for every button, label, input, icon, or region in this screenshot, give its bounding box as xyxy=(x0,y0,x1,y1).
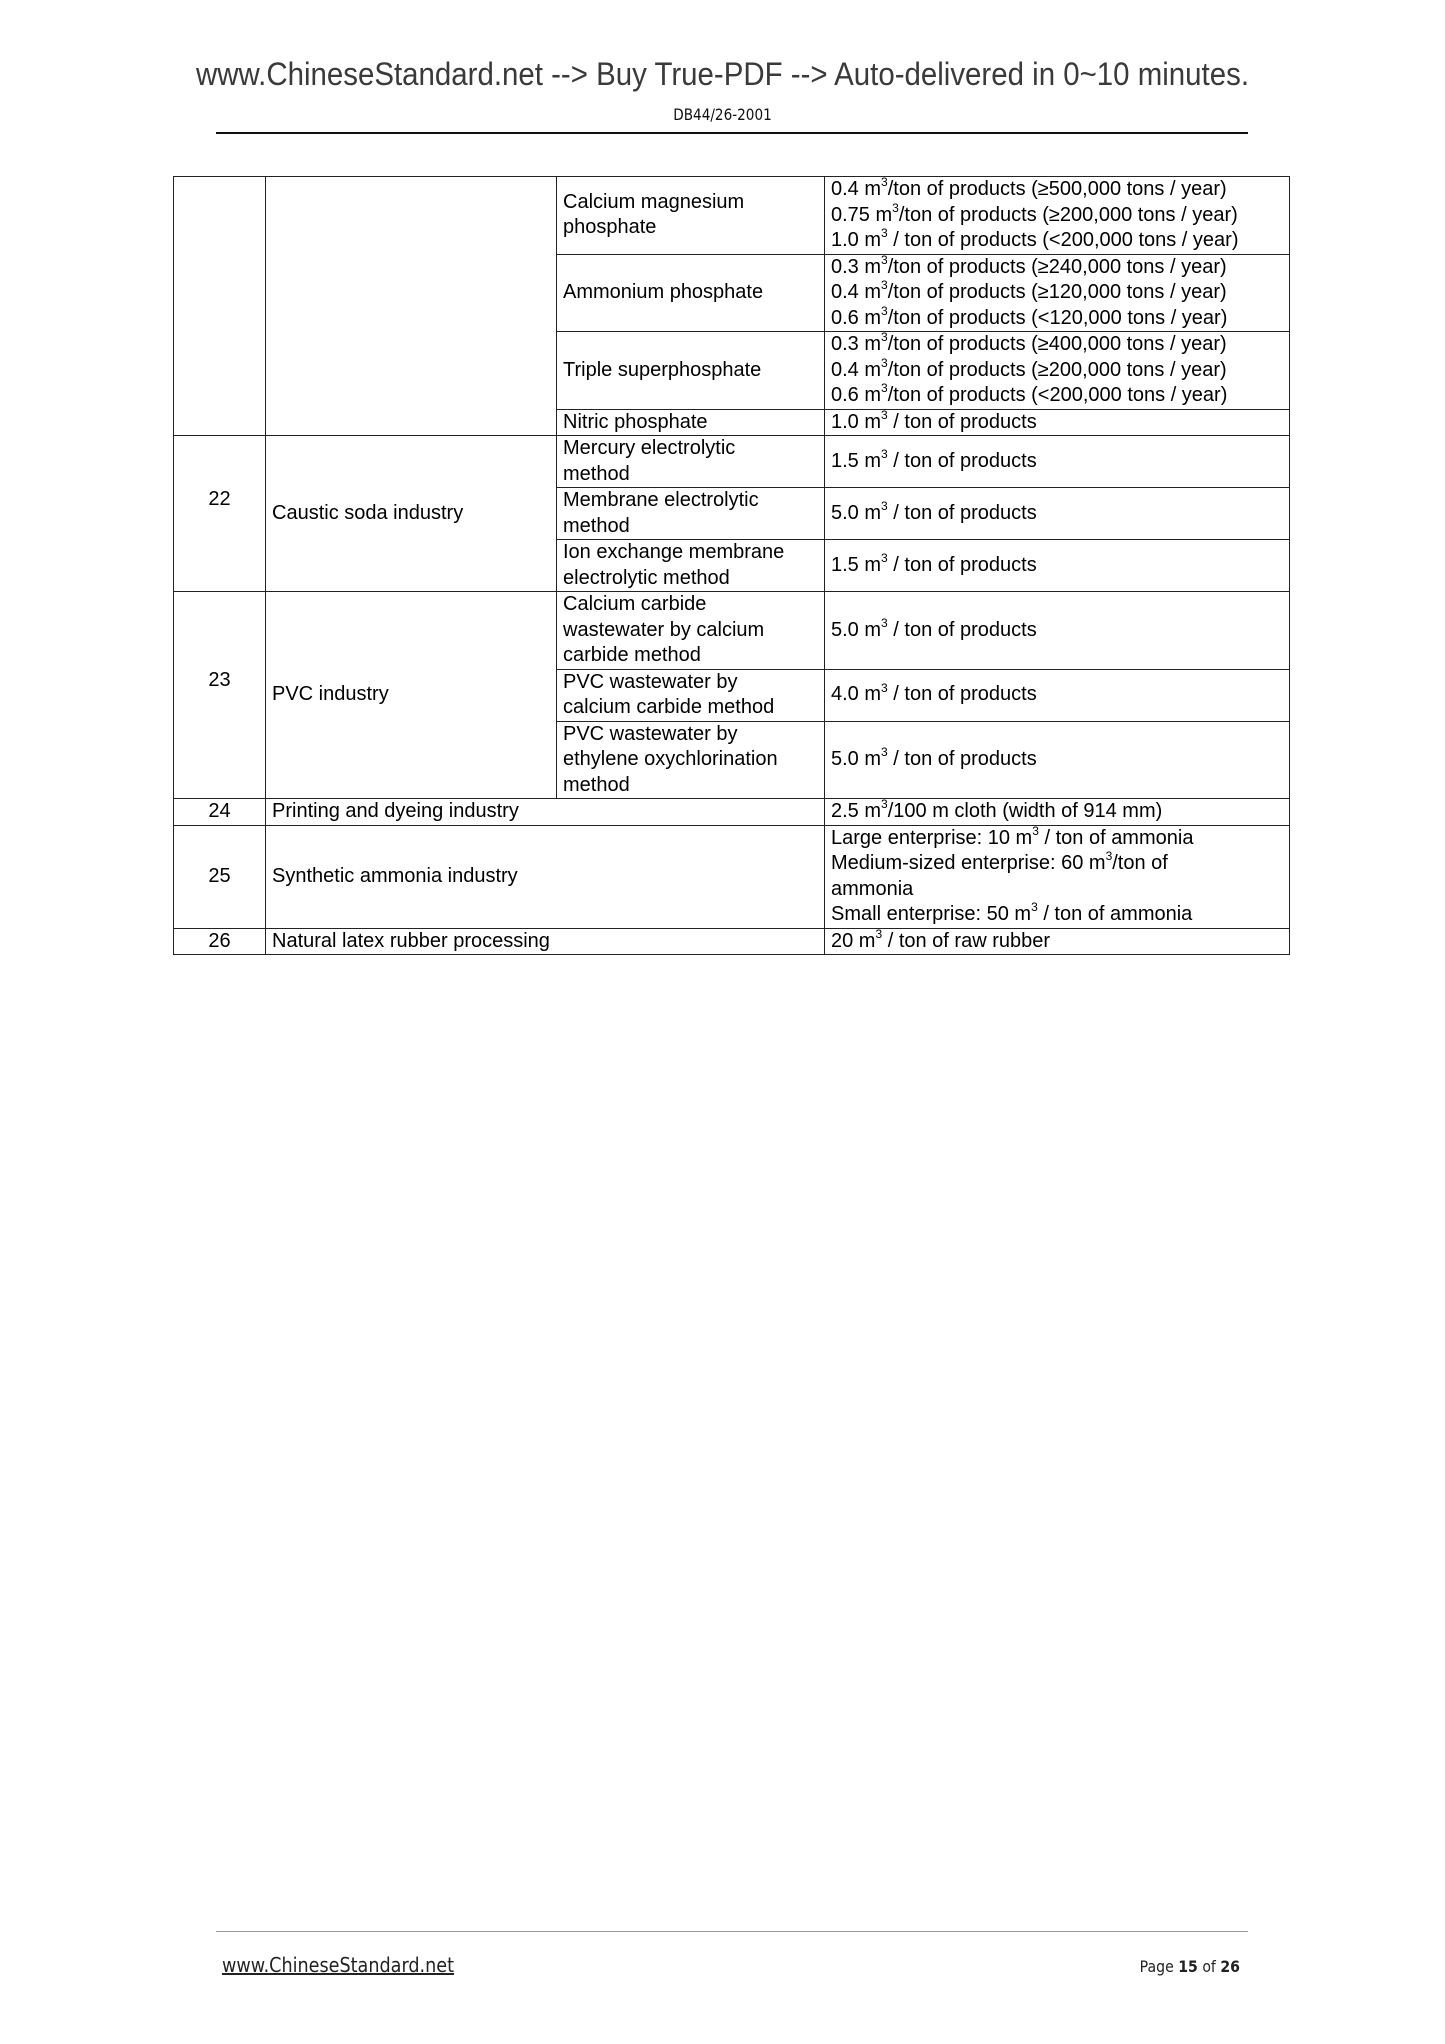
table-row: 22Caustic soda industryMercury electroly… xyxy=(174,436,1290,488)
cell-line: ammonia xyxy=(831,877,1283,903)
item-number-cell xyxy=(174,177,266,436)
cell-line: 0.4 m3/ton of products (≥120,000 tons / … xyxy=(831,280,1283,306)
header-divider xyxy=(216,132,1248,134)
item-number: 22 xyxy=(208,488,230,510)
cell-line: 0.6 m3/ton of products (<120,000 tons / … xyxy=(831,306,1283,332)
cell-line: Membrane electrolytic xyxy=(563,488,818,514)
cell-line: Mercury electrolytic xyxy=(563,436,818,462)
process-cell: Nitric phosphate xyxy=(557,409,825,436)
table-row: 25Synthetic ammonia industryLarge enterp… xyxy=(174,825,1290,928)
cell-line: calcium carbide method xyxy=(563,695,818,721)
footer-divider xyxy=(216,1931,1248,1932)
cell-line: Ammonium phosphate xyxy=(563,280,818,306)
quota-value-cell: 5.0 m3 / ton of products xyxy=(825,721,1290,799)
item-number-cell: 23 xyxy=(174,592,266,799)
quota-value-cell: 1.5 m3 / ton of products xyxy=(825,436,1290,488)
quota-value-cell: 0.3 m3/ton of products (≥400,000 tons / … xyxy=(825,332,1290,410)
quota-value-cell: 1.0 m3 / ton of products xyxy=(825,409,1290,436)
cell-line: Large enterprise: 10 m3 / ton of ammonia xyxy=(831,826,1283,852)
page-indicator: Page 15 of 26 xyxy=(1140,1957,1240,1976)
page-total: 26 xyxy=(1220,1957,1240,1976)
cell-line: Small enterprise: 50 m3 / ton of ammonia xyxy=(831,902,1283,928)
item-number: 24 xyxy=(208,800,230,822)
cell-line: method xyxy=(563,462,818,488)
item-number: 25 xyxy=(208,865,230,887)
quota-value-cell: Large enterprise: 10 m3 / ton of ammonia… xyxy=(825,825,1290,928)
cell-line: ethylene oxychlorination xyxy=(563,747,818,773)
cell-line: PVC wastewater by xyxy=(563,670,818,696)
page-current: 15 xyxy=(1178,1957,1198,1976)
process-cell: PVC wastewater bycalcium carbide method xyxy=(557,669,825,721)
table-body: Calcium magnesiumphosphate0.4 m3/ton of … xyxy=(174,177,1290,955)
table-row: 26Natural latex rubber processing20 m3 /… xyxy=(174,928,1290,955)
table-row: Calcium magnesiumphosphate0.4 m3/ton of … xyxy=(174,177,1290,255)
quota-value-cell: 1.5 m3 / ton of products xyxy=(825,540,1290,592)
industry-cell: Caustic soda industry xyxy=(266,436,557,592)
cell-line: carbide method xyxy=(563,643,818,669)
cell-line: 0.3 m3/ton of products (≥400,000 tons / … xyxy=(831,332,1283,358)
cell-line: 2.5 m3/100 m cloth (width of 914 mm) xyxy=(831,799,1283,825)
industry-cell: Printing and dyeing industry xyxy=(266,799,825,826)
cell-line: PVC wastewater by xyxy=(563,722,818,748)
cell-line: 1.0 m3 / ton of products (<200,000 tons … xyxy=(831,228,1283,254)
cell-line: 1.0 m3 / ton of products xyxy=(831,410,1283,436)
process-cell: Triple superphosphate xyxy=(557,332,825,410)
document-number: DB44/26-2001 xyxy=(108,105,1336,124)
cell-line: Triple superphosphate xyxy=(563,358,818,384)
cell-line: 4.0 m3 / ton of products xyxy=(831,682,1283,708)
process-cell: Ammonium phosphate xyxy=(557,254,825,332)
process-cell: PVC wastewater byethylene oxychlorinatio… xyxy=(557,721,825,799)
page-of: of xyxy=(1202,1957,1216,1976)
cell-line: 20 m3 / ton of raw rubber xyxy=(831,929,1283,955)
industry-cell: Natural latex rubber processing xyxy=(266,928,825,955)
item-number: 26 xyxy=(208,930,230,952)
cell-line: 0.3 m3/ton of products (≥240,000 tons / … xyxy=(831,255,1283,281)
cell-line: Medium-sized enterprise: 60 m3/ton of xyxy=(831,851,1283,877)
cell-line: 0.75 m3/ton of products (≥200,000 tons /… xyxy=(831,203,1283,229)
quota-value-cell: 5.0 m3 / ton of products xyxy=(825,592,1290,670)
cell-line: phosphate xyxy=(563,215,818,241)
table-row: 24Printing and dyeing industry2.5 m3/100… xyxy=(174,799,1290,826)
item-number-cell: 24 xyxy=(174,799,266,826)
cell-line: electrolytic method xyxy=(563,566,818,592)
quota-value-cell: 0.3 m3/ton of products (≥240,000 tons / … xyxy=(825,254,1290,332)
item-number: 23 xyxy=(208,669,230,691)
quota-value-cell: 20 m3 / ton of raw rubber xyxy=(825,928,1290,955)
item-number-cell: 25 xyxy=(174,825,266,928)
cell-line: 5.0 m3 / ton of products xyxy=(831,501,1283,527)
cell-line: 0.6 m3/ton of products (<200,000 tons / … xyxy=(831,383,1283,409)
water-quota-table: Calcium magnesiumphosphate0.4 m3/ton of … xyxy=(173,176,1290,955)
process-cell: Mercury electrolyticmethod xyxy=(557,436,825,488)
cell-line: 1.5 m3 / ton of products xyxy=(831,449,1283,475)
cell-line: 5.0 m3 / ton of products xyxy=(831,618,1283,644)
quota-value-cell: 4.0 m3 / ton of products xyxy=(825,669,1290,721)
industry-cell xyxy=(266,177,557,436)
industry-cell: PVC industry xyxy=(266,592,557,799)
cell-line: wastewater by calcium xyxy=(563,618,818,644)
cell-line: 1.5 m3 / ton of products xyxy=(831,553,1283,579)
process-cell: Calcium carbidewastewater by calciumcarb… xyxy=(557,592,825,670)
item-number-cell: 22 xyxy=(174,436,266,592)
quota-value-cell: 2.5 m3/100 m cloth (width of 914 mm) xyxy=(825,799,1290,826)
table-row: 23PVC industryCalcium carbidewastewater … xyxy=(174,592,1290,670)
quota-value-cell: 0.4 m3/ton of products (≥500,000 tons / … xyxy=(825,177,1290,255)
cell-line: Calcium carbide xyxy=(563,592,818,618)
page-label: Page xyxy=(1140,1957,1174,1976)
cell-line: 5.0 m3 / ton of products xyxy=(831,747,1283,773)
cell-line: 0.4 m3/ton of products (≥200,000 tons / … xyxy=(831,358,1283,384)
item-number-cell: 26 xyxy=(174,928,266,955)
process-cell: Membrane electrolyticmethod xyxy=(557,488,825,540)
cell-line: Nitric phosphate xyxy=(563,410,818,436)
cell-line: Ion exchange membrane xyxy=(563,540,818,566)
process-cell: Ion exchange membraneelectrolytic method xyxy=(557,540,825,592)
cell-line: method xyxy=(563,773,818,799)
cell-line: method xyxy=(563,514,818,540)
cell-line: 0.4 m3/ton of products (≥500,000 tons / … xyxy=(831,177,1283,203)
cell-line: Calcium magnesium xyxy=(563,190,818,216)
industry-cell: Synthetic ammonia industry xyxy=(266,825,825,928)
footer-site-link[interactable]: www.ChineseStandard.net xyxy=(222,1953,454,1977)
quota-value-cell: 5.0 m3 / ton of products xyxy=(825,488,1290,540)
process-cell: Calcium magnesiumphosphate xyxy=(557,177,825,255)
promo-banner: www.ChineseStandard.net --> Buy True-PDF… xyxy=(58,56,1387,93)
